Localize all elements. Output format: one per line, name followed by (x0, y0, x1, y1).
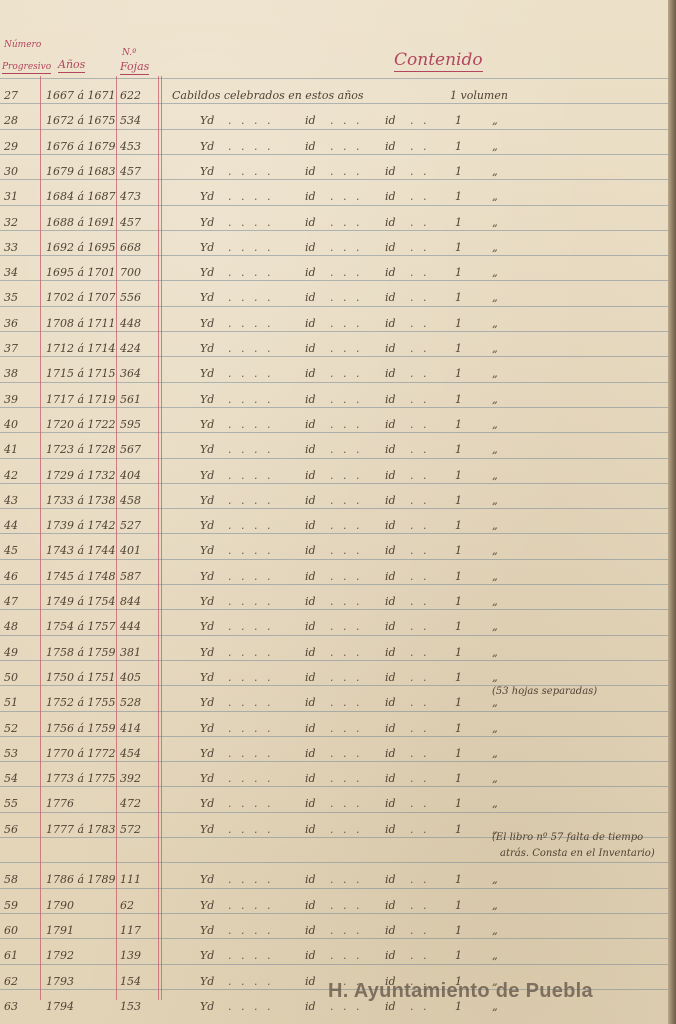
row-number: 51 (4, 696, 40, 709)
table-row: 291676 á 1679453Yd. . . .id. . .id. .1„ (0, 133, 668, 158)
row-ditto-id: id (305, 114, 316, 127)
row-number: 30 (4, 165, 40, 178)
row-volume: 1 (455, 544, 462, 557)
watermark-text: H. Ayuntamiento de Puebla (328, 980, 593, 1003)
dot-leader: . . . . (228, 975, 273, 988)
row-ditto-id: id (385, 595, 396, 608)
row-fojas: 414 (120, 722, 156, 735)
row-years: 1791 (46, 924, 118, 937)
row-ditto-yd: Yd (200, 291, 214, 304)
table-row: 541773 á 1775392Yd. . . .id. . .id. .1„ (0, 765, 668, 790)
table-row: 361708 á 1711448Yd. . . .id. . .id. .1„ (0, 310, 668, 335)
row-years: 1790 (46, 899, 118, 912)
row-ditto-id: id (385, 722, 396, 735)
row-fojas: 453 (120, 140, 156, 153)
row-years: 1743 á 1744 (46, 544, 118, 557)
row-ditto-yd: Yd (200, 317, 214, 330)
row-volume: 1 (455, 595, 462, 608)
dot-leader: . . . . (228, 190, 273, 203)
row-volume: 1 (455, 646, 462, 659)
row-ditto-id: id (385, 696, 396, 709)
dot-leader: . . (410, 342, 430, 355)
row-number: 27 (4, 89, 40, 102)
row-ditto-yd: Yd (200, 772, 214, 785)
row-ditto-mark: „ (492, 747, 498, 760)
dot-leader: . . . (330, 317, 362, 330)
dot-leader: . . . . (228, 291, 273, 304)
dot-leader: . . . . (228, 519, 273, 532)
table-row: 581786 á 1789111Yd. . . .id. . .id. .1„ (0, 866, 668, 891)
row-ditto-mark: „ (492, 114, 498, 127)
dot-leader: . . . . (228, 747, 273, 760)
row-ditto-id: id (385, 342, 396, 355)
row-ditto-id: id (385, 291, 396, 304)
dot-leader: . . (410, 722, 430, 735)
row-ditto-yd: Yd (200, 443, 214, 456)
row-fojas: 139 (120, 949, 156, 962)
row-ditto-id: id (305, 873, 316, 886)
row-ditto-yd: Yd (200, 797, 214, 810)
dot-leader: . . . . (228, 899, 273, 912)
row-years: 1729 á 1732 (46, 469, 118, 482)
row-volume: 1 (455, 797, 462, 810)
table-row: 411723 á 1728567Yd. . . .id. . .id. .1„ (0, 436, 668, 461)
row-ditto-yd: Yd (200, 975, 214, 988)
dot-leader: . . (410, 114, 430, 127)
dot-leader: . . . (330, 722, 362, 735)
row-ditto-mark: „ (492, 140, 498, 153)
row-ditto-yd: Yd (200, 873, 214, 886)
row-volume: 1 volumen (450, 89, 508, 102)
table-row: 321688 á 1691457Yd. . . .id. . .id. .1„ (0, 209, 668, 234)
row-ditto-mark: „ (492, 646, 498, 659)
row-ditto-id: id (305, 140, 316, 153)
dot-leader: . . . (330, 418, 362, 431)
dot-leader: . . . . (228, 393, 273, 406)
row-ditto-yd: Yd (200, 544, 214, 557)
row-ditto-mark: „ (492, 519, 498, 532)
row-volume: 1 (455, 443, 462, 456)
row-number: 34 (4, 266, 40, 279)
table-row: 611792139Yd. . . .id. . .id. .1„ (0, 942, 668, 967)
row-volume: 1 (455, 823, 462, 836)
dot-leader: . . . . (228, 317, 273, 330)
row-ditto-id: id (305, 241, 316, 254)
dot-leader: . . (410, 671, 430, 684)
dot-leader: . . . . (228, 924, 273, 937)
row-ditto-yd: Yd (200, 747, 214, 760)
row-fojas: 473 (120, 190, 156, 203)
row-ditto-id: id (305, 797, 316, 810)
row-volume: 1 (455, 873, 462, 886)
dot-leader: . . . (330, 342, 362, 355)
row-ditto-mark: „ (492, 595, 498, 608)
row-ditto-mark: „ (492, 241, 498, 254)
table-row: 311684 á 1687473Yd. . . .id. . .id. .1„ (0, 183, 668, 208)
dot-leader: . . . (330, 772, 362, 785)
row-fojas: 117 (120, 924, 156, 937)
row-ditto-yd: Yd (200, 823, 214, 836)
row-years: 1756 á 1759 (46, 722, 118, 735)
row-ditto-yd: Yd (200, 216, 214, 229)
dot-leader: . . (410, 620, 430, 633)
row-fojas: 457 (120, 216, 156, 229)
row-years: 1695 á 1701 (46, 266, 118, 279)
row-years: 1777 á 1783 (46, 823, 118, 836)
row-fojas: 472 (120, 797, 156, 810)
row-ditto-yd: Yd (200, 646, 214, 659)
row-ditto-id: id (385, 797, 396, 810)
dot-leader: . . . . (228, 443, 273, 456)
row-fojas: 424 (120, 342, 156, 355)
row-ditto-yd: Yd (200, 190, 214, 203)
row-number: 31 (4, 190, 40, 203)
row-ditto-id: id (305, 190, 316, 203)
row-ditto-mark: „ (492, 291, 498, 304)
dot-leader: . . . (330, 873, 362, 886)
row-ditto-yd: Yd (200, 722, 214, 735)
row-ditto-id: id (305, 469, 316, 482)
dot-leader: . . . . (228, 241, 273, 254)
row-volume: 1 (455, 949, 462, 962)
row-volume: 1 (455, 190, 462, 203)
table-row: 371712 á 1714424Yd. . . .id. . .id. .1„ (0, 335, 668, 360)
row-ditto-id: id (385, 443, 396, 456)
rule-line (0, 862, 668, 863)
dot-leader: . . (410, 873, 430, 886)
row-volume: 1 (455, 747, 462, 760)
row-fojas: 572 (120, 823, 156, 836)
row-years: 1754 á 1757 (46, 620, 118, 633)
row-ditto-id: id (385, 367, 396, 380)
dot-leader: . . (410, 747, 430, 760)
row-ditto-yd: Yd (200, 494, 214, 507)
row-ditto-id: id (305, 544, 316, 557)
dot-leader: . . (410, 696, 430, 709)
table-row: 491758 á 1759381Yd. . . .id. . .id. .1„ (0, 639, 668, 664)
row-ditto-yd: Yd (200, 595, 214, 608)
row-ditto-id: id (305, 291, 316, 304)
row-ditto-id: id (305, 342, 316, 355)
dot-leader: . . . (330, 114, 362, 127)
row-volume: 1 (455, 367, 462, 380)
row-ditto-yd: Yd (200, 620, 214, 633)
row-ditto-mark: „ (492, 165, 498, 178)
row-years: 1684 á 1687 (46, 190, 118, 203)
dot-leader: . . . (330, 671, 362, 684)
row-ditto-mark: „ (492, 216, 498, 229)
row-ditto-yd: Yd (200, 266, 214, 279)
row-ditto-id: id (385, 620, 396, 633)
dot-leader: . . . (330, 241, 362, 254)
row-ditto-mark: „ (492, 393, 498, 406)
row-ditto-id: id (305, 975, 316, 988)
row-number: 50 (4, 671, 40, 684)
row-ditto-yd: Yd (200, 671, 214, 684)
row-years: 1773 á 1775 (46, 772, 118, 785)
row-ditto-mark: „ (492, 443, 498, 456)
row-years: 1692 á 1695 (46, 241, 118, 254)
dot-leader: . . . (330, 595, 362, 608)
dot-leader: . . (410, 899, 430, 912)
row-years: 1720 á 1722 (46, 418, 118, 431)
dot-leader: . . (410, 823, 430, 836)
table-row: 521756 á 1759414Yd. . . .id. . .id. .1„ (0, 715, 668, 740)
dot-leader: . . (410, 317, 430, 330)
row-ditto-id: id (305, 671, 316, 684)
row-years: 1793 (46, 975, 118, 988)
rule-line (0, 78, 668, 79)
row-fojas: 448 (120, 317, 156, 330)
row-years: 1758 á 1759 (46, 646, 118, 659)
dot-leader: . . (410, 241, 430, 254)
row-number: 40 (4, 418, 40, 431)
row-number: 54 (4, 772, 40, 785)
row-fojas: 567 (120, 443, 156, 456)
row-years: 1712 á 1714 (46, 342, 118, 355)
dot-leader: . . (410, 367, 430, 380)
note-missing-57-line2: atrás. Consta en el Inventario) (500, 848, 655, 859)
dot-leader: . . . (330, 696, 362, 709)
row-years: 1739 á 1742 (46, 519, 118, 532)
row-years: 1745 á 1748 (46, 570, 118, 583)
dot-leader: . . . (330, 747, 362, 760)
row-ditto-mark: „ (492, 797, 498, 810)
dot-leader: . . . (330, 393, 362, 406)
row-number: 35 (4, 291, 40, 304)
row-volume: 1 (455, 924, 462, 937)
row-number: 52 (4, 722, 40, 735)
row-number: 39 (4, 393, 40, 406)
row-fojas: 844 (120, 595, 156, 608)
table-row: 331692 á 1695668Yd. . . .id. . .id. .1„ (0, 234, 668, 259)
row-ditto-id: id (385, 216, 396, 229)
row-ditto-id: id (385, 140, 396, 153)
row-number: 58 (4, 873, 40, 886)
row-number: 29 (4, 140, 40, 153)
dot-leader: . . (410, 519, 430, 532)
row-years: 1708 á 1711 (46, 317, 118, 330)
row-ditto-mark: „ (492, 544, 498, 557)
dot-leader: . . . . (228, 949, 273, 962)
row-ditto-mark: „ (492, 494, 498, 507)
row-ditto-id: id (385, 924, 396, 937)
dot-leader: . . . . (228, 494, 273, 507)
row-volume: 1 (455, 696, 462, 709)
row-number: 62 (4, 975, 40, 988)
row-ditto-mark: „ (492, 671, 498, 684)
row-ditto-mark: „ (492, 418, 498, 431)
row-volume: 1 (455, 519, 462, 532)
row-ditto-yd: Yd (200, 241, 214, 254)
book-spine-edge (668, 0, 676, 1024)
row-years: 1786 á 1789 (46, 873, 118, 886)
dot-leader: . . . (330, 291, 362, 304)
row-ditto-yd: Yd (200, 140, 214, 153)
row-ditto-id: id (305, 570, 316, 583)
row-ditto-id: id (305, 722, 316, 735)
row-years: 1792 (46, 949, 118, 962)
row-ditto-id: id (305, 216, 316, 229)
row-ditto-mark: „ (492, 924, 498, 937)
row-ditto-yd: Yd (200, 393, 214, 406)
row-years: 1679 á 1683 (46, 165, 118, 178)
row-fojas: 62 (120, 899, 156, 912)
row-number: 38 (4, 367, 40, 380)
dot-leader: . . . . (228, 469, 273, 482)
dot-leader: . . (410, 266, 430, 279)
row-ditto-id: id (305, 165, 316, 178)
dot-leader: . . (410, 570, 430, 583)
row-ditto-id: id (385, 772, 396, 785)
row-ditto-id: id (385, 393, 396, 406)
row-ditto-mark: „ (492, 317, 498, 330)
table-row: 431733 á 1738458Yd. . . .id. . .id. .1„ (0, 487, 668, 512)
row-fojas: 457 (120, 165, 156, 178)
row-years: 1733 á 1738 (46, 494, 118, 507)
row-number: 59 (4, 899, 40, 912)
row-years: 1749 á 1754 (46, 595, 118, 608)
row-volume: 1 (455, 393, 462, 406)
row-years: 1776 (46, 797, 118, 810)
row-number: 33 (4, 241, 40, 254)
row-fojas: 534 (120, 114, 156, 127)
dot-leader: . . (410, 772, 430, 785)
dot-leader: . . (410, 216, 430, 229)
row-ditto-yd: Yd (200, 519, 214, 532)
row-ditto-id: id (305, 418, 316, 431)
row-volume: 1 (455, 241, 462, 254)
row-ditto-mark: „ (492, 620, 498, 633)
note-row-51: (53 hojas separadas) (492, 686, 597, 697)
row-ditto-mark: „ (492, 266, 498, 279)
row-number: 41 (4, 443, 40, 456)
table-row: 441739 á 1742527Yd. . . .id. . .id. .1„ (0, 512, 668, 537)
row-ditto-id: id (305, 772, 316, 785)
row-ditto-id: id (305, 899, 316, 912)
row-fojas: 454 (120, 747, 156, 760)
row-ditto-yd: Yd (200, 342, 214, 355)
dot-leader: . . . . (228, 823, 273, 836)
note-missing-57-line1: (El libro nº 57 falta de tiempo (492, 832, 643, 843)
dot-leader: . . (410, 924, 430, 937)
row-ditto-id: id (385, 671, 396, 684)
dot-leader: . . . (330, 646, 362, 659)
row-number: 61 (4, 949, 40, 962)
row-number: 28 (4, 114, 40, 127)
row-ditto-yd: Yd (200, 570, 214, 583)
row-fojas: 153 (120, 1000, 156, 1013)
dot-leader: . . . (330, 949, 362, 962)
row-ditto-mark: „ (492, 190, 498, 203)
dot-leader: . . . (330, 924, 362, 937)
row-fojas: 668 (120, 241, 156, 254)
dot-leader: . . (410, 797, 430, 810)
dot-leader: . . . . (228, 266, 273, 279)
dot-leader: . . . . (228, 570, 273, 583)
header-fojas-top: N.º (122, 48, 136, 58)
dot-leader: . . . . (228, 620, 273, 633)
row-fojas: 622 (120, 89, 156, 102)
row-volume: 1 (455, 165, 462, 178)
row-ditto-mark: „ (492, 772, 498, 785)
row-content: Cabildos celebrados en estos años (172, 89, 364, 102)
dot-leader: . . (410, 949, 430, 962)
row-ditto-yd: Yd (200, 1000, 214, 1013)
dot-leader: . . . . (228, 165, 273, 178)
row-volume: 1 (455, 140, 462, 153)
dot-leader: . . . (330, 544, 362, 557)
row-fojas: 392 (120, 772, 156, 785)
row-fojas: 556 (120, 291, 156, 304)
dot-leader: . . . (330, 899, 362, 912)
row-ditto-yd: Yd (200, 924, 214, 937)
row-ditto-yd: Yd (200, 165, 214, 178)
row-fojas: 364 (120, 367, 156, 380)
row-years: 1715 á 1715 (46, 367, 118, 380)
row-ditto-id: id (385, 570, 396, 583)
row-number: 49 (4, 646, 40, 659)
table-row: 271667 á 1671622Cabildos celebrados en e… (0, 82, 668, 107)
row-ditto-yd: Yd (200, 367, 214, 380)
row-ditto-id: id (305, 393, 316, 406)
row-number: 55 (4, 797, 40, 810)
ledger-page: Número Progresivo Años N.º Fojas Conteni… (0, 0, 676, 1024)
dot-leader: . . . . (228, 367, 273, 380)
row-fojas: 404 (120, 469, 156, 482)
row-years: 1717 á 1719 (46, 393, 118, 406)
row-number: 63 (4, 1000, 40, 1013)
row-number: 37 (4, 342, 40, 355)
table-row: 401720 á 1722595Yd. . . .id. . .id. .1„ (0, 411, 668, 436)
dot-leader: . . . . (228, 646, 273, 659)
row-ditto-id: id (385, 114, 396, 127)
row-years: 1770 á 1772 (46, 747, 118, 760)
row-number: 60 (4, 924, 40, 937)
dot-leader: . . . . (228, 797, 273, 810)
dot-leader: . . (410, 418, 430, 431)
dot-leader: . . . . (228, 544, 273, 557)
row-volume: 1 (455, 620, 462, 633)
row-number: 53 (4, 747, 40, 760)
dot-leader: . . . (330, 266, 362, 279)
dot-leader: . . . . (228, 114, 273, 127)
row-ditto-id: id (305, 949, 316, 962)
row-fojas: 111 (120, 873, 156, 886)
dot-leader: . . (410, 544, 430, 557)
row-fojas: 587 (120, 570, 156, 583)
row-fojas: 561 (120, 393, 156, 406)
table-row: 481754 á 1757444Yd. . . .id. . .id. .1„ (0, 613, 668, 638)
dot-leader: . . . (330, 443, 362, 456)
header-contenido: Contenido (394, 50, 483, 72)
row-ditto-mark: „ (492, 469, 498, 482)
row-years: 1752 á 1755 (46, 696, 118, 709)
row-ditto-id: id (385, 646, 396, 659)
row-years: 1676 á 1679 (46, 140, 118, 153)
row-years: 1702 á 1707 (46, 291, 118, 304)
table-row: 451743 á 1744401Yd. . . .id. . .id. .1„ (0, 537, 668, 562)
dot-leader: . . . . (228, 595, 273, 608)
table-row: 59179062Yd. . . .id. . .id. .1„ (0, 892, 668, 917)
row-ditto-id: id (385, 165, 396, 178)
dot-leader: . . (410, 494, 430, 507)
dot-leader: . . . . (228, 722, 273, 735)
table-row: 351702 á 1707556Yd. . . .id. . .id. .1„ (0, 284, 668, 309)
dot-leader: . . (410, 469, 430, 482)
row-ditto-mark: „ (492, 873, 498, 886)
dot-leader: . . . (330, 570, 362, 583)
